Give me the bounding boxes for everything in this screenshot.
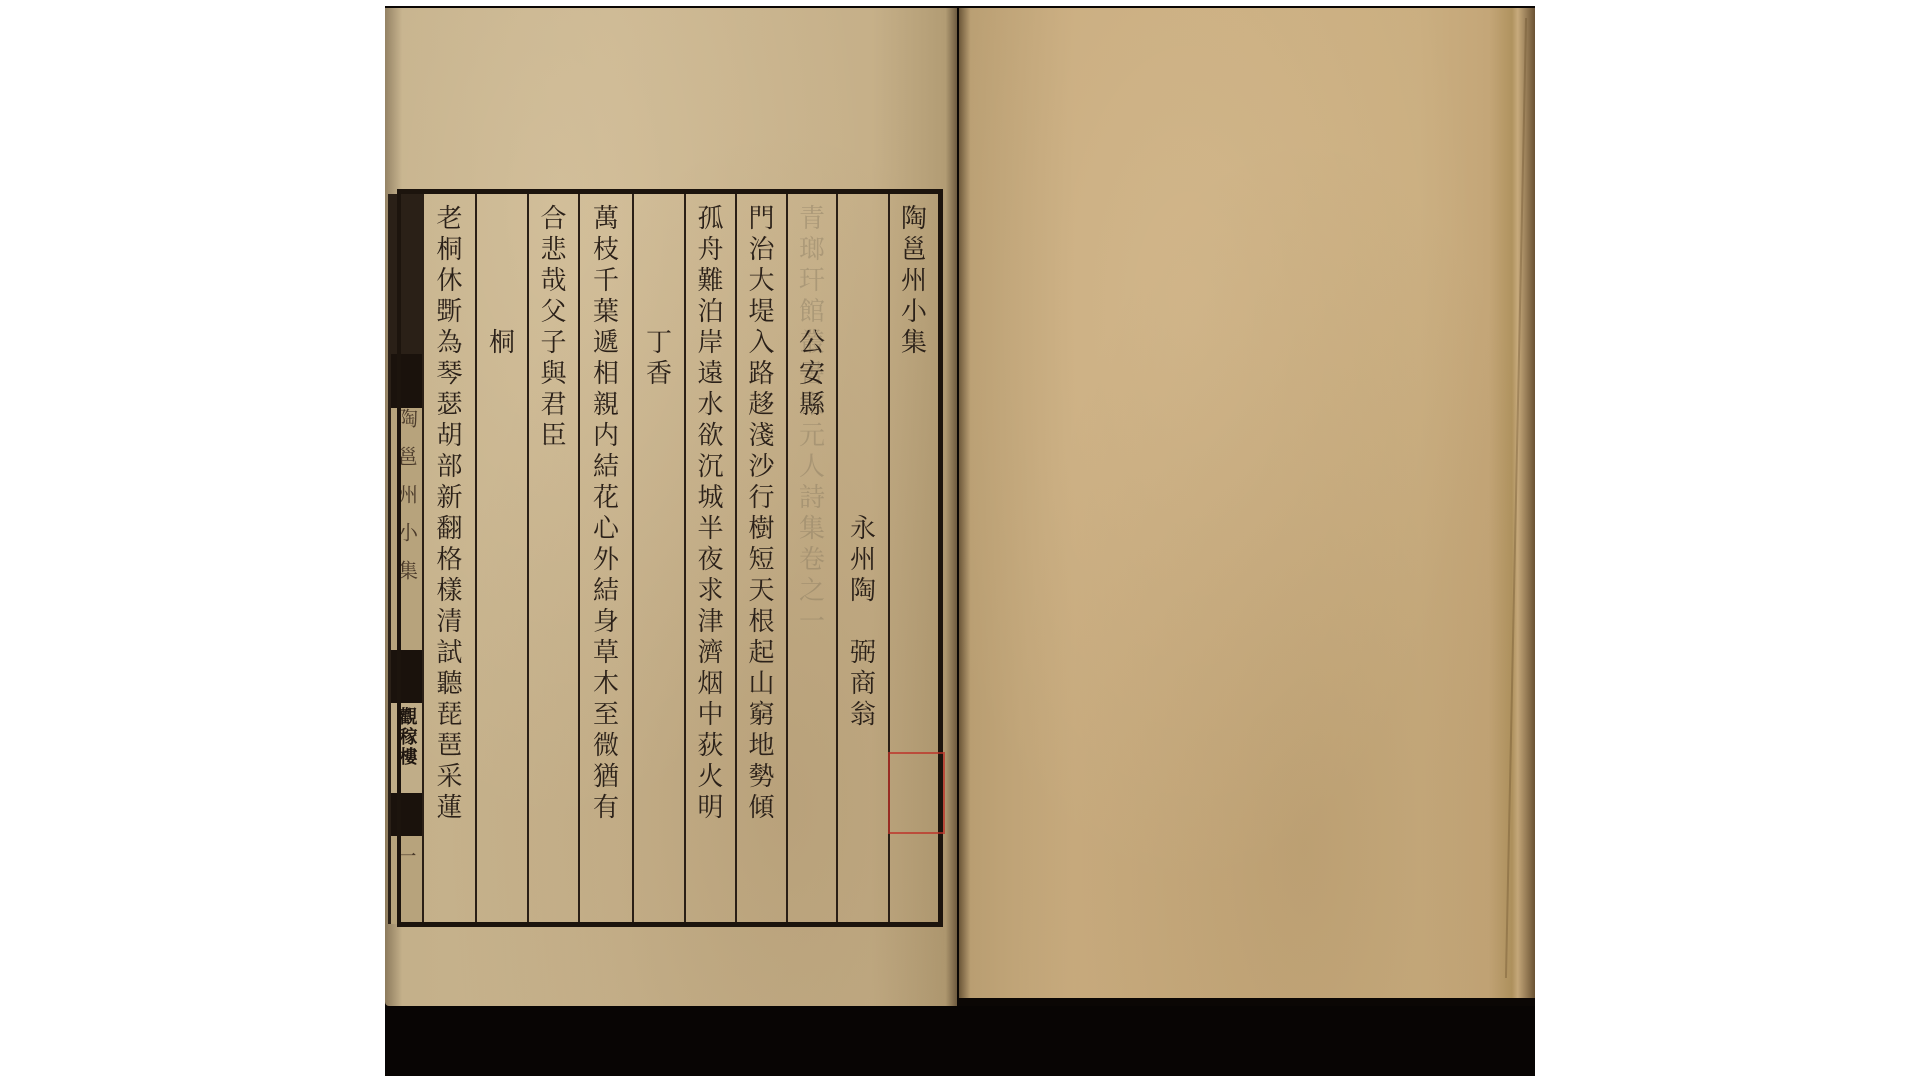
- column-text: 永州陶弼商翁: [838, 204, 888, 731]
- column-text: 合悲哉父子與君臣: [529, 204, 578, 452]
- right-page-blank: [959, 8, 1535, 998]
- column-poem3-title: 桐: [475, 194, 527, 922]
- column-poem2-line2: 合悲哉父子與君臣: [527, 194, 578, 922]
- column-text: 老桐休斲為琴瑟胡部新翻格樣清試聽琵琶采蓮: [424, 204, 475, 824]
- column-text: 陶邕州小集: [890, 204, 938, 359]
- column-poem2-title: 丁香: [632, 194, 684, 922]
- column-text: 桐: [477, 204, 527, 359]
- column-text: 公安縣: [788, 204, 836, 421]
- column-poem1-line1: 門治大堤入路趍淺沙行樹短天根起山窮地勢傾: [735, 194, 786, 922]
- column-text: 萬枝千葉遞相親内結花心外結身草木至微猶有: [580, 204, 632, 824]
- column-author: 永州陶弼商翁: [836, 194, 888, 922]
- text-frame: 老桐休斲為琴瑟胡部新翻格樣清試聽琵琶采蓮 桐 合悲哉父子與君臣 萬枝千葉遞相親内…: [397, 189, 943, 927]
- column-poem1-title: 青瑯玕館叢書宋元人詩集卷之一 公安縣: [786, 194, 836, 922]
- left-page: 陶邕州小集 觀稼樓 一 老桐休斲為琴瑟胡部新翻格樣清試聽琵琶采蓮 桐: [385, 8, 957, 1006]
- column-poem2-line1: 萬枝千葉遞相親内結花心外結身草木至微猶有: [578, 194, 632, 922]
- column-text: 丁香: [634, 204, 684, 390]
- scan-background-strip: [385, 1006, 1535, 1076]
- column-poem1-line2: 孤舟難泊岸遠水欲沉城半夜求津濟烟中荻火明: [684, 194, 735, 922]
- column-text: 孤舟難泊岸遠水欲沉城半夜求津濟烟中荻火明: [686, 204, 735, 824]
- book-scan: 陶邕州小集 觀稼樓 一 老桐休斲為琴瑟胡部新翻格樣清試聽琵琶采蓮 桐: [385, 6, 1535, 1076]
- column-text: 門治大堤入路趍淺沙行樹短天根起山窮地勢傾: [737, 204, 786, 824]
- column-poem3-line1: 老桐休斲為琴瑟胡部新翻格樣清試聽琵琶采蓮: [422, 194, 475, 922]
- page-edge-line: [1505, 18, 1527, 978]
- collector-seal: [888, 752, 945, 834]
